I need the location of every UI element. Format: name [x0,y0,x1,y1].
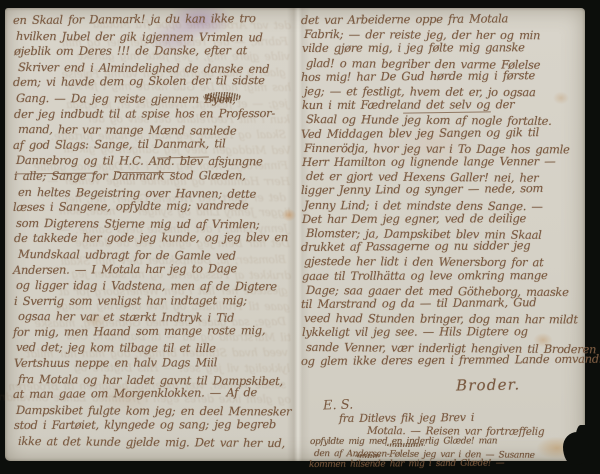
manuscript-line: ikke at det kunde gjelde mig. Det var he… [18,434,291,452]
ink-blot-scribble [203,92,241,102]
postscript: fra Ditlevs fik jeg Brev iMotala. — Reis… [309,412,571,472]
manuscript-line: hos mig! har De Gud hørde mig i første [301,68,583,84]
manuscript-line: at man gaae om Morgenklokken. — Af de [13,385,291,403]
manuscript-line: til Marstrand og da — til Danmark, Gud [301,295,583,311]
manuscript-line: i Sverrig som venligst har indtaget mig; [14,293,291,310]
manuscript-line: for mig, men Haand som mange roste mig, [13,323,291,341]
letter-sheet: det var Arbeiderne oppe fra MotalaFabrik… [5,8,585,461]
manuscript-line: øjeblik om Deres !!! de Danske, efter at [14,43,291,60]
manuscript-line: der jeg indbudt til at spise hos en Prof… [14,106,291,123]
manuscript-line: det var Arbeiderne oppe fra Motala [301,11,583,27]
postscript-line: opfyldte mig med en inderlig Glæde! man [310,436,571,448]
seal-tear-hole [563,432,589,465]
postscript-line: fra Ditlevs fik jeg Brev i [339,410,571,425]
manuscript-line: i alle; Sange for Danmark stod Glæden, [14,168,291,185]
letter-left-page: det var Arbeiderne oppe fra MotalaFabrik… [13,8,291,461]
postscript-strikethrough [385,443,425,447]
manuscript-line: lykkeligt vil jeg see. — Hils Digtere og [302,324,583,339]
manuscript-line: af god Slags: Sange, til Danmark, til [13,136,291,154]
manuscript-line: vilde gjøre mig, i jeg følte mig ganske [302,40,583,55]
manuscript-line: stod i Fartøiet, klyngede og sang; jeg b… [14,417,291,434]
manuscript-line: kun i mit Fædreland det selv og der [302,97,583,112]
manuscript-line: en Skaal for Danmark! ja du kan ikke tro [13,11,291,29]
postscript-strikethrough-2 [355,454,381,458]
left-page-text: en Skaal for Danmark! ja du kan ikke tro… [13,13,291,450]
signature-broder: Broder. [456,375,521,394]
manuscript-line: drukket af Passagerne og nu sidder jeg [301,238,583,254]
postscript-line: kommen hilsende har mig i sand Glæde! — [309,458,571,472]
manuscript-line: Ved Middagen blev jeg Sangen og gik til [301,124,583,140]
right-page-text: det var Arbeiderne oppe fra MotalaFabrik… [301,13,583,368]
manuscript-line: læses i Sangene, opfyldte mig; vandrede [13,198,291,216]
manuscript-line: Det har Dem jeg egner, ved de deilige [302,211,583,226]
manuscript-line: og glem ikke deres egen i fremmed Lande … [301,352,583,368]
manuscript-line: de takkede her gode jeg kunde, og jeg bl… [14,230,291,247]
manuscript-line: Herr Hamilton og lignende lange Venner — [302,154,583,169]
manuscript-line: ligger Jenny Lind og synger — nede, som [301,181,583,197]
manuscript-line: Vertshuus neppe en halv Dags Miil [14,355,291,372]
manuscript-line: dem; vi havde dem og Skolen der til sids… [13,73,291,91]
manuscript-line: Andersen. — I Motala har jeg to Dage [13,260,291,278]
letter-right-page: det var Arbeiderne oppe fra MotalaFabrik… [301,8,583,461]
manuscript-line: gaae til Trollhätta og leve omkring mang… [302,268,583,283]
